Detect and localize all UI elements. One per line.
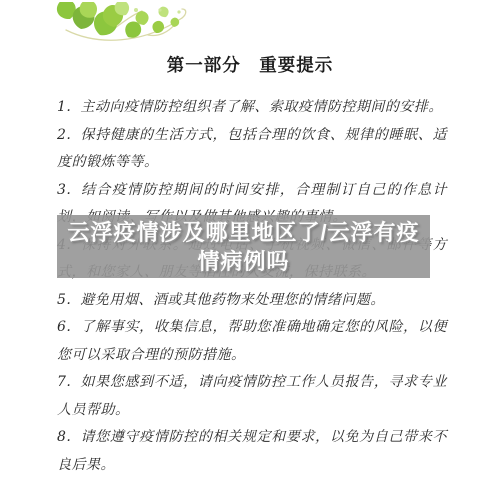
page-title: 第一部分 重要提示 <box>0 52 500 77</box>
list-item-number: 7. <box>57 374 71 390</box>
list-item-text: 避免用烟、酒或其他药物来处理您的情绪问题。 <box>80 292 385 308</box>
list-item: 6.了解事实，收集信息，帮助您准确地确定您的风险，以便您可以采取合理的预防措施。 <box>57 314 447 369</box>
list-item-text: 请您遵守疫情防控的相关规定和要求，以免为自己带来不良后果。 <box>57 429 447 473</box>
tips-list: 1.主动向疫情防控组织者了解、索取疫情防控期间的安排。 2.保持健康的生活方式，… <box>57 94 447 479</box>
list-item-text: 主动向疫情防控组织者了解、索取疫情防控期间的安排。 <box>80 99 443 115</box>
list-item: 7.如果您感到不适，请向疫情防控工作人员报告，寻求专业人员帮助。 <box>57 369 447 424</box>
list-item: 2.保持健康的生活方式，包括合理的饮食、规律的睡眠、适度的锻炼等等。 <box>57 122 447 177</box>
list-item-number: 6. <box>57 319 71 335</box>
watermark-title: 云浮疫情涉及哪里地区了/云浮有疫情病例吗 <box>57 218 430 276</box>
list-item-number: 2. <box>57 127 71 143</box>
list-item-number: 3. <box>57 182 71 198</box>
list-item-text: 了解事实，收集信息，帮助您准确地确定您的风险，以便您可以采取合理的预防措施。 <box>57 319 447 363</box>
list-item: 5.避免用烟、酒或其他药物来处理您的情绪问题。 <box>57 287 447 315</box>
list-item-number: 8. <box>57 429 71 445</box>
list-item: 1.主动向疫情防控组织者了解、索取疫情防控期间的安排。 <box>57 94 447 122</box>
list-item-number: 1. <box>57 99 71 115</box>
list-item-number: 5. <box>57 292 71 308</box>
list-item: 8.请您遵守疫情防控的相关规定和要求，以免为自己带来不良后果。 <box>57 424 447 479</box>
document-page: 第一部分 重要提示 1.主动向疫情防控组织者了解、索取疫情防控期间的安排。 2.… <box>0 0 500 489</box>
ivy-vine-leaves-icon <box>48 2 188 52</box>
list-item-text: 保持健康的生活方式，包括合理的饮食、规律的睡眠、适度的锻炼等等。 <box>57 127 447 171</box>
watermark-overlay: 云浮疫情涉及哪里地区了/云浮有疫情病例吗 <box>57 215 430 278</box>
list-item-text: 如果您感到不适，请向疫情防控工作人员报告，寻求专业人员帮助。 <box>57 374 447 418</box>
